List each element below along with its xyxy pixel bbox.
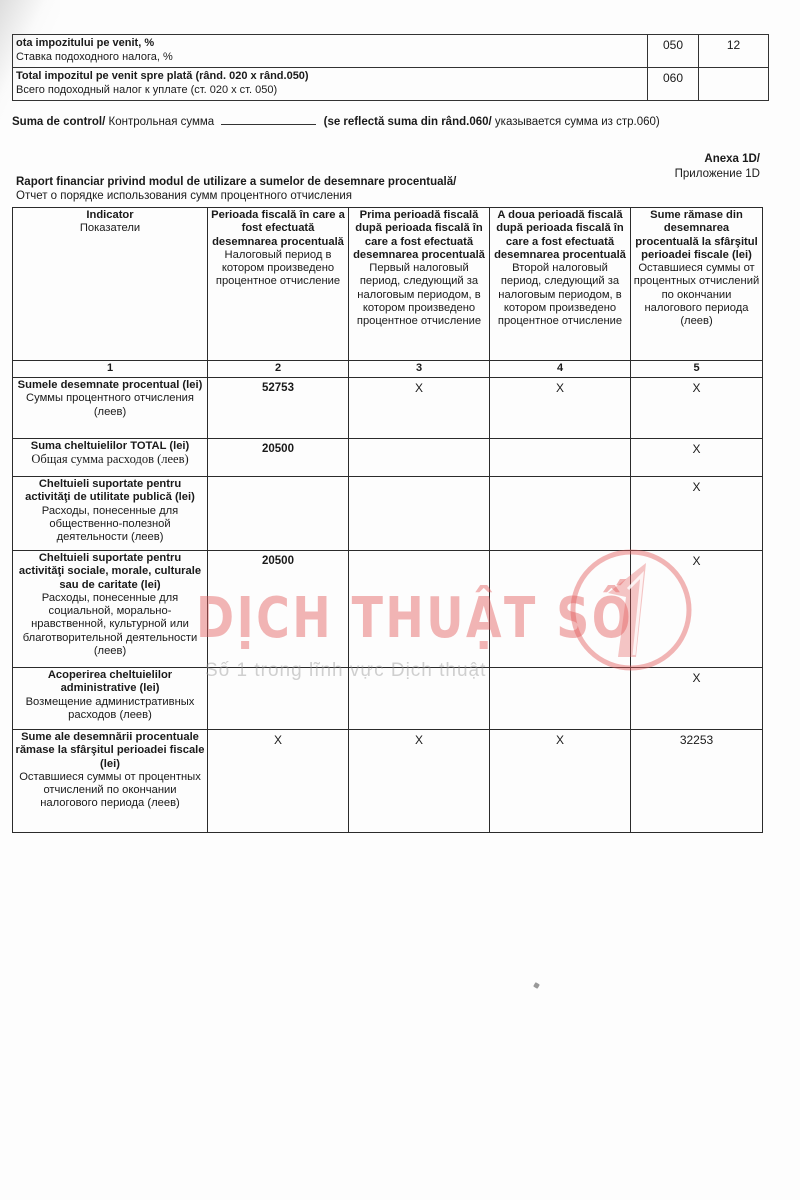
header-row: Indicator Показатели Perioada fiscală în… <box>13 208 763 361</box>
header-cell: Prima perioadă fiscală după perioada fis… <box>349 208 490 361</box>
cell-value: X <box>490 378 631 439</box>
header-cell: Perioada fiscală în care a fost efectuat… <box>208 208 349 361</box>
cell-value <box>490 439 631 477</box>
percentage-designation-report-table: Indicator Показатели Perioada fiscală în… <box>12 207 763 833</box>
cell-value: 52753 <box>208 378 349 439</box>
row-label: Cheltuieli suportate pentru activităţi d… <box>13 477 208 551</box>
cell-value: X <box>631 439 763 477</box>
cell-value: X <box>631 477 763 551</box>
row-code: 050 <box>648 35 699 68</box>
row-label: Cheltuieli suportate pentru activităţi s… <box>13 551 208 668</box>
total-tax-value <box>699 68 769 101</box>
row-code: 060 <box>648 68 699 101</box>
cell-value: 20500 <box>208 439 349 477</box>
row-label: Acoperirea cheltuielilor administrative … <box>13 668 208 730</box>
cell-value: X <box>631 668 763 730</box>
annex-label: Anexa 1D/ Приложение 1D <box>675 152 760 182</box>
cell-value <box>490 477 631 551</box>
row-label: Sume ale desemnării procentuale rămase l… <box>13 730 208 833</box>
control-sum-field[interactable] <box>221 114 316 125</box>
cell-value: X <box>208 730 349 833</box>
cell-value: X <box>349 730 490 833</box>
column-number-row: 1 2 3 4 5 <box>13 361 763 378</box>
table-row: Sumele desemnate procentual (lei) Суммы … <box>13 378 763 439</box>
watermark-tagline: Số 1 trong lĩnh vực Dịch thuật <box>205 660 486 682</box>
column-number: 3 <box>349 361 490 378</box>
column-number: 5 <box>631 361 763 378</box>
report-title: Raport financiar privind modul de utiliz… <box>16 175 456 203</box>
total-tax-label: Total impozitul pe venit spre plată (rân… <box>13 68 648 101</box>
table-row: Cheltuieli suportate pentru activităţi d… <box>13 477 763 551</box>
header-cell: Sume rămase din desemnarea procentuală l… <box>631 208 763 361</box>
column-number: 2 <box>208 361 349 378</box>
header-cell: A doua perioadă fiscală după perioada fi… <box>490 208 631 361</box>
table-row: Sume ale desemnării procentuale rămase l… <box>13 730 763 833</box>
watermark-logo-icon <box>566 545 696 675</box>
cell-value: X <box>631 378 763 439</box>
cell-value <box>349 477 490 551</box>
scan-speck <box>533 982 540 989</box>
tax-rate-value: 12 <box>699 35 769 68</box>
column-number: 1 <box>13 361 208 378</box>
cell-value <box>349 439 490 477</box>
cell-value <box>208 477 349 551</box>
row-label: Suma cheltuielilor TOTAL (lei) Общая сум… <box>13 439 208 477</box>
cell-value: X <box>490 730 631 833</box>
income-tax-table: ota impozitului pe venit, % Ставка подох… <box>12 34 769 101</box>
cell-value <box>490 668 631 730</box>
tax-rate-label: ota impozitului pe venit, % Ставка подох… <box>13 35 648 68</box>
control-sum-line: Suma de control/ Контрольная сумма (se r… <box>12 114 660 128</box>
cell-value: 32253 <box>631 730 763 833</box>
column-number: 4 <box>490 361 631 378</box>
table-row: ota impozitului pe venit, % Ставка подох… <box>13 35 769 68</box>
cell-value: X <box>349 378 490 439</box>
table-row: Suma cheltuielilor TOTAL (lei) Общая сум… <box>13 439 763 477</box>
table-row: Total impozitul pe venit spre plată (rân… <box>13 68 769 101</box>
header-cell: Indicator Показатели <box>13 208 208 361</box>
row-label: Sumele desemnate procentual (lei) Суммы … <box>13 378 208 439</box>
